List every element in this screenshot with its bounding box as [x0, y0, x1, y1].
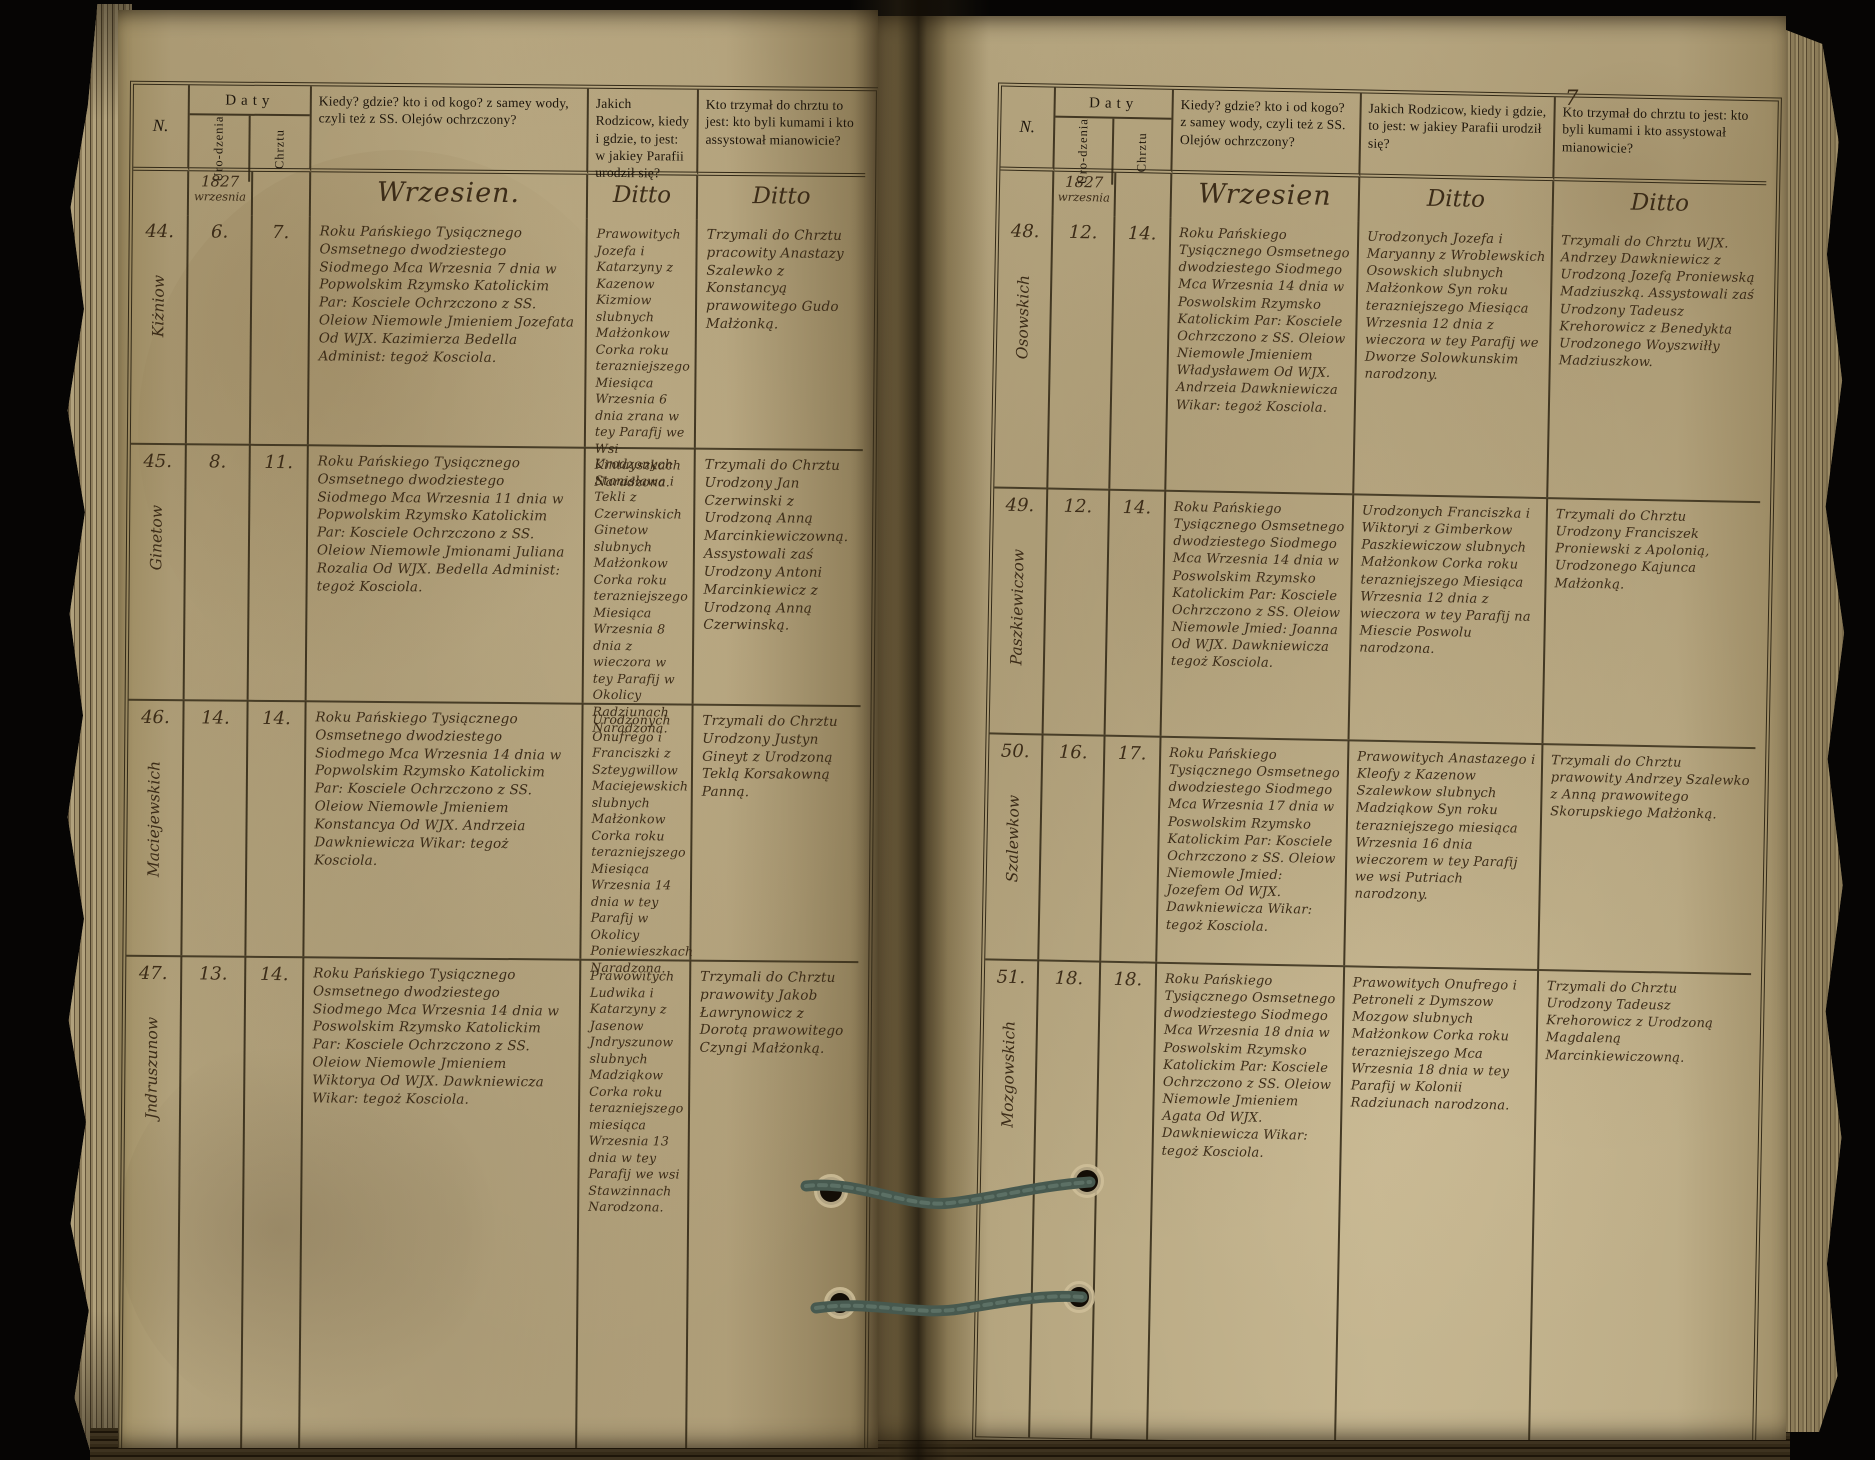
baptism-day: 14.: [1110, 217, 1171, 490]
entry-number-cell: 46. Maciejewskich: [126, 699, 184, 955]
baptism-day: 14.: [1106, 489, 1167, 736]
birth-day: 16.: [1039, 733, 1105, 960]
column-header-kiedy: Kiedy? gdzie? kto i od kogo? z samey wod…: [1172, 90, 1362, 178]
entry-number: 48.: [999, 215, 1052, 243]
entry-number: 50.: [989, 734, 1042, 762]
birth-day: 14.: [182, 699, 248, 956]
column-header-kto: Kto trzymał do chrztu to jest: kto byli …: [698, 90, 866, 177]
baptism-description: Roku Pańskiego Tysiącznego Osmsetnego dw…: [1162, 490, 1355, 740]
margin-place-name: Paszkiewiczow: [1006, 549, 1028, 723]
birth-day: 18.: [1030, 959, 1101, 1438]
year-label: 1827wrzesnia: [189, 171, 253, 216]
entry-number-cell: 44. Kiżniow: [131, 215, 189, 443]
birth-day: 12.: [1048, 216, 1115, 489]
entry-number-cell: 50. Szalewkow: [985, 732, 1043, 959]
column-header-n: N.: [1000, 87, 1056, 172]
birth-day: 6.: [187, 215, 253, 444]
entry-number: 49.: [994, 488, 1047, 516]
left-page: N. Daty Uro-dzenia Chrztu Kiedy? gdzie? …: [118, 10, 878, 1448]
parents-description: Prawowitych Jozefa i Katarzyny z Kazenow…: [586, 219, 698, 448]
baptism-day: 18.: [1092, 961, 1157, 1440]
ditto-godparents: Ditto: [1553, 181, 1766, 229]
spacer-cell: [1116, 173, 1173, 218]
baptism-record-table-right: N. Daty Uro-dzenia Chrztu Kiedy? gdzie? …: [972, 82, 1782, 1440]
godparents-description: Trzymali do Chrztu Urodzony Justyn Giney…: [691, 704, 860, 961]
column-header-jakich: Jakich Rodzicow, kiedy i gdzie, to jest:…: [588, 89, 699, 176]
godparents-description: Trzymali do Chrztu prawowity Andrzey Sza…: [1539, 743, 1755, 973]
parents-description: Prawowitych Onufrego i Petroneli z Dymsz…: [1336, 965, 1539, 1440]
ditto-godparents: Ditto: [698, 176, 865, 221]
baptism-day: 17.: [1101, 735, 1161, 962]
entry-number: 46.: [128, 701, 182, 728]
entry-number: 45.: [131, 445, 185, 472]
baptism-record-table-left: N. Daty Uro-dzenia Chrztu Kiedy? gdzie? …: [118, 81, 878, 1448]
entry-number-cell: 45. Ginetow: [129, 443, 187, 699]
margin-place-name: Mozgowskich: [993, 1021, 1020, 1427]
entry-number-cell: 47. Jndruszunow: [122, 955, 182, 1448]
parents-description: Prawowitych Anastazego i Kleofy z Kazeno…: [1345, 739, 1543, 969]
baptism-description: Roku Pańskiego Tysiącznego Osmsetnego dw…: [1166, 218, 1359, 494]
daty-label: Daty: [1055, 88, 1172, 120]
parents-description: Urodzonych Stanisława i Tekli z Czerwins…: [584, 447, 696, 704]
baptism-day: 14.: [246, 700, 306, 956]
baptism-description: Roku Pańskiego Tysiącznego Osmsetnego dw…: [304, 700, 583, 958]
baptism-description: Roku Pańskiego Tysiącznego Osmsetnego dw…: [300, 956, 581, 1448]
margin-place-name: Szalewkow: [1002, 795, 1024, 949]
book-page-edges-right: [1786, 30, 1852, 1432]
daty-label: Daty: [190, 85, 310, 116]
baptism-day: 7.: [251, 216, 311, 444]
godparents-description: Trzymali do Chrztu Urodzony Jan Czerwins…: [694, 448, 863, 705]
ditto-parents: Ditto: [588, 175, 698, 220]
margin-place-name: Osowskich: [1011, 275, 1034, 477]
entry-number-cell: 49. Paszkiewiczow: [990, 486, 1049, 733]
spacer-cell: [253, 172, 311, 217]
ditto-parents: Ditto: [1359, 177, 1554, 225]
baptism-description: Roku Pańskiego Tysiącznego Osmsetnego dw…: [1148, 962, 1345, 1440]
margin-place-name: Ginetow: [146, 505, 167, 689]
birth-day: 13.: [178, 955, 246, 1448]
column-header-jakich: Jakich Rodzicow, kiedy i gdzie, to jest:…: [1360, 93, 1556, 181]
column-header-daty: Daty Uro-dzenia Chrztu: [1054, 88, 1174, 174]
parents-description: Urodzonych Franciszka i Wiktoryi z Gimbe…: [1350, 493, 1549, 743]
column-header-kto: Kto trzymał do chrztu to jest: kto byli …: [1554, 97, 1768, 185]
godparents-description: Trzymali do Chrztu pracowity Anastazy Sz…: [696, 220, 865, 449]
godparents-description: Trzymali do Chrztu WJX. Andrzey Dawkniew…: [1548, 225, 1765, 501]
spacer-cell: [133, 171, 189, 215]
margin-place-name: Jndruszunow: [140, 1017, 163, 1439]
column-header-kiedy: Kiedy? gdzie? kto i od kogo? z samey wod…: [311, 86, 589, 174]
godparents-description: Trzymali do Chrztu prawowity Jakob Ławry…: [687, 960, 858, 1448]
parents-description: Prawowitych Ludwika i Katarzyny z Jaseno…: [577, 959, 691, 1448]
column-header-n: N.: [133, 85, 190, 171]
baptism-day: 14.: [242, 956, 304, 1448]
birth-day: 8.: [185, 443, 251, 700]
birth-day: 12.: [1044, 488, 1111, 735]
spacer-cell: [1000, 171, 1055, 216]
year-label: 1827wrzesnia: [1054, 172, 1117, 217]
column-header-daty: Daty Uro-dzenia Chrztu: [189, 85, 312, 172]
baptism-description: Roku Pańskiego Tysiącznego Osmsetnego dw…: [1157, 736, 1349, 966]
entry-number: 44.: [133, 215, 187, 242]
baptism-description: Roku Pańskiego Tysiącznego Osmsetnego dw…: [307, 444, 586, 702]
godparents-description: Trzymali do Chrztu Urodzony Franciszek P…: [1543, 497, 1760, 747]
page-number: 7: [1565, 86, 1578, 110]
margin-place-name: Maciejewskich: [144, 761, 165, 945]
entry-number-cell: 48. Osowskich: [994, 215, 1053, 488]
godparents-description: Trzymali do Chrztu Urodzony Tadeusz Kreh…: [1530, 969, 1751, 1440]
parents-description: Urodzonych Jozefa i Maryanny z Wroblewsk…: [1354, 221, 1553, 497]
baptism-day: 11.: [249, 444, 309, 700]
parents-description: Urodzonych Onufrego i Franciszki z Sztey…: [581, 703, 693, 960]
scanned-register-book: N. Daty Uro-dzenia Chrztu Kiedy? gdzie? …: [0, 0, 1875, 1460]
margin-place-name: Kiżniow: [148, 275, 168, 433]
book-gutter-shadow: [850, 0, 990, 1460]
baptism-description: Roku Pańskiego Tysiącznego Osmsetnego dw…: [309, 216, 588, 446]
entry-number: 47.: [126, 957, 180, 984]
month-heading: Wrzesien: [1172, 174, 1361, 222]
month-heading: Wrzesien.: [311, 172, 588, 218]
entry-number: 51.: [985, 960, 1038, 988]
right-page: N. Daty Uro-dzenia Chrztu Kiedy? gdzie? …: [878, 16, 1786, 1440]
